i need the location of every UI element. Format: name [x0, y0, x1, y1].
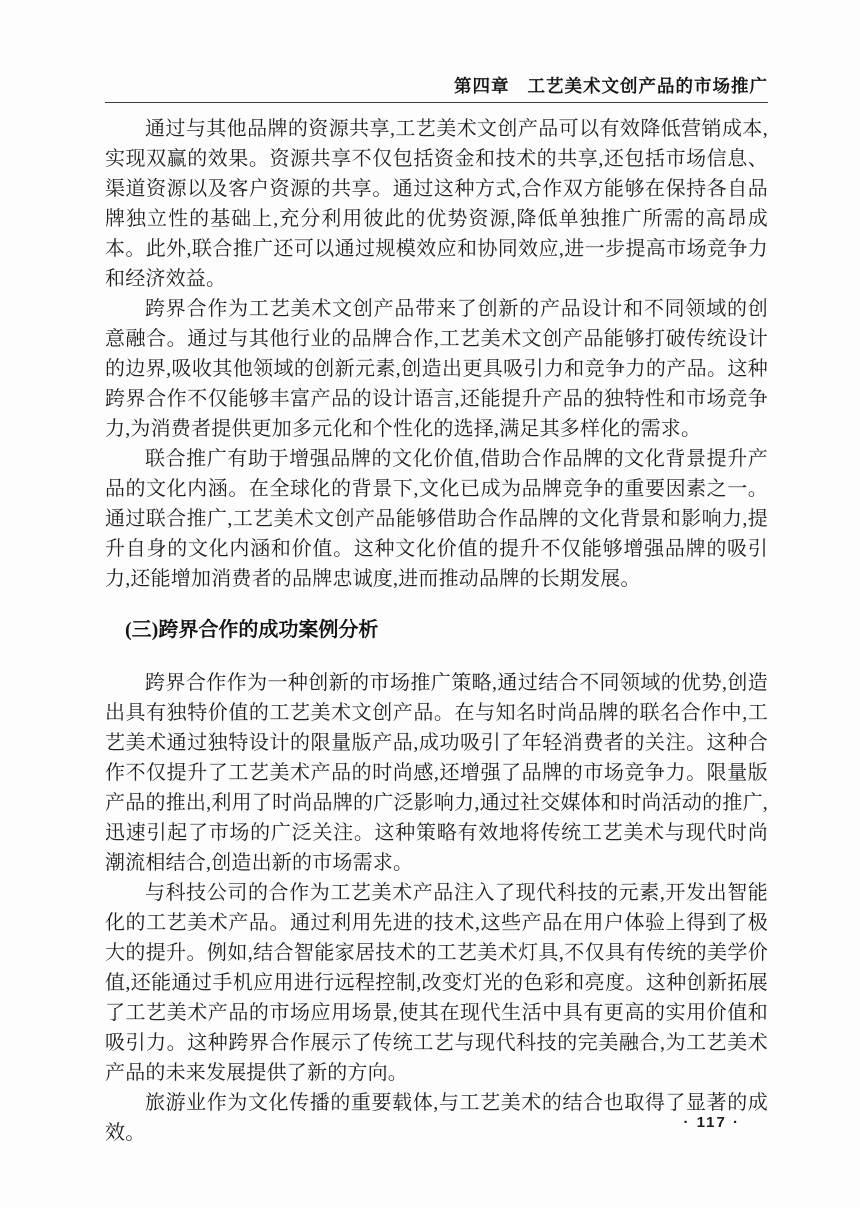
- paragraph-joint-promotion-culture: 联合推广有助于增强品牌的文化价值,借助合作品牌的文化背景提升产品的文化内涵。在全…: [105, 444, 768, 594]
- page-number: · 117 ·: [683, 1114, 740, 1131]
- page-body: 通过与其他品牌的资源共享,工艺美术文创产品可以有效降低营销成本,实现双赢的效果。…: [105, 114, 768, 1148]
- document-page: 第四章工艺美术文创产品的市场推广 通过与其他品牌的资源共享,工艺美术文创产品可以…: [0, 0, 860, 1208]
- paragraph-fashion-brand-case: 跨界合作作为一种创新的市场推广策略,通过结合不同领域的优势,创造出具有独特价值的…: [105, 668, 768, 878]
- section-heading: (三)跨界合作的成功案例分析: [105, 615, 768, 645]
- paragraph-tech-company-case: 与科技公司的合作为工艺美术产品注入了现代科技的元素,开发出智能化的工艺美术产品。…: [105, 878, 768, 1088]
- header-rule: [105, 102, 768, 103]
- paragraph-tourism-case: 旅游业作为文化传播的重要载体,与工艺美术的结合也取得了显著的成效。: [105, 1088, 768, 1148]
- paragraph-resource-sharing: 通过与其他品牌的资源共享,工艺美术文创产品可以有效降低营销成本,实现双赢的效果。…: [105, 114, 768, 294]
- chapter-title: 工艺美术文创产品的市场推广: [528, 76, 769, 96]
- running-header: 第四章工艺美术文创产品的市场推广: [105, 74, 768, 98]
- paragraph-crossover-design: 跨界合作为工艺美术文创产品带来了创新的产品设计和不同领域的创意融合。通过与其他行…: [105, 294, 768, 444]
- chapter-number: 第四章: [454, 76, 510, 96]
